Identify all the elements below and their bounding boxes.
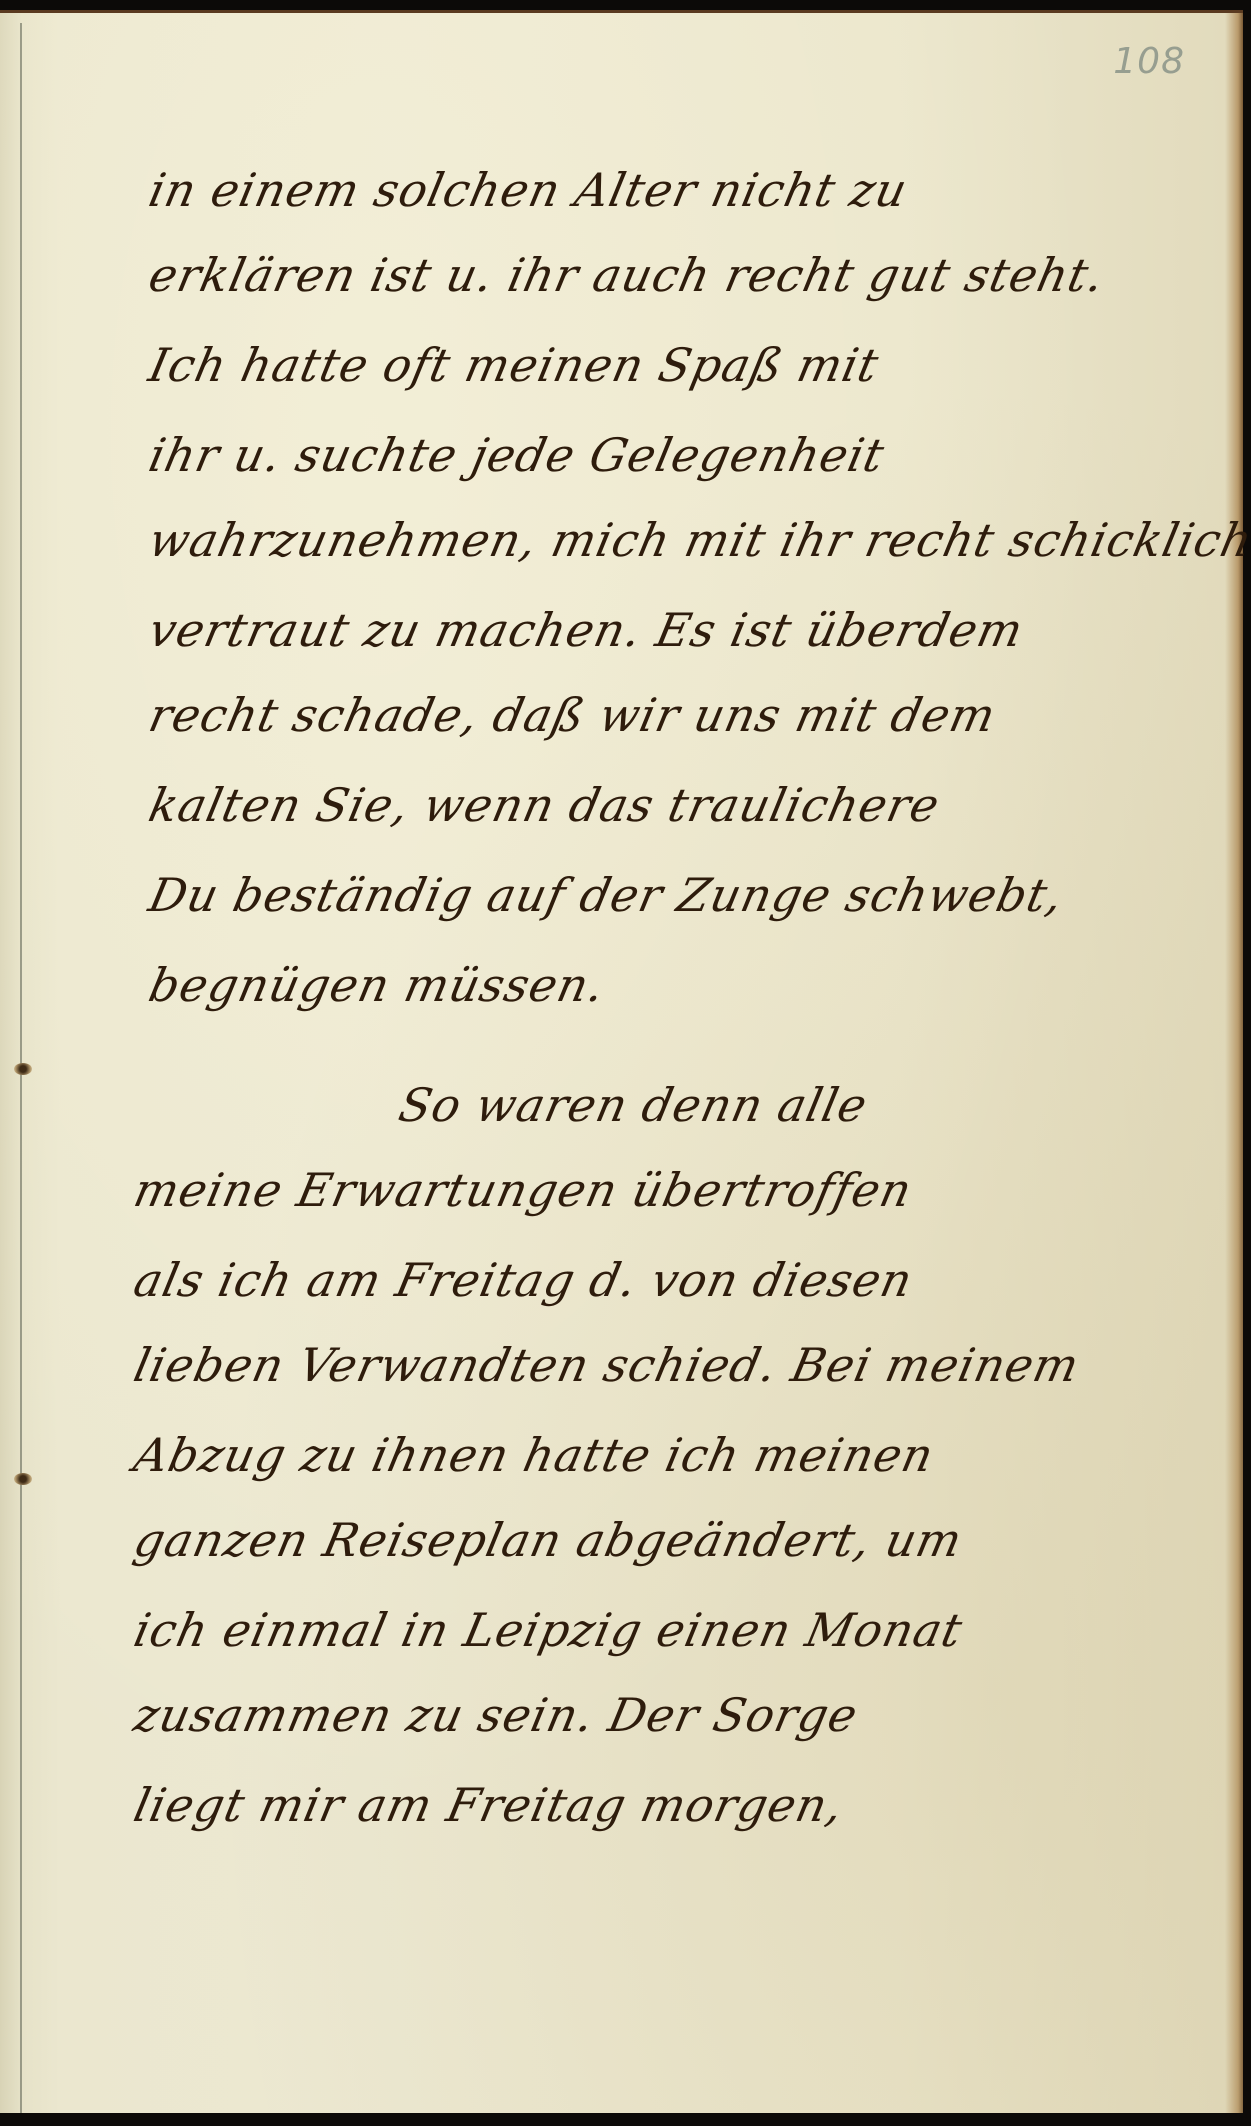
text-line: erklären ist u. ihr auch recht gut steht… (144, 248, 1109, 302)
text-line: kalten Sie, wenn das traulichere (144, 778, 944, 832)
text-line: begnügen müssen. (144, 958, 610, 1012)
text-line: ich einmal in Leipzig einen Monat (129, 1603, 967, 1657)
text-line: ganzen Reiseplan abgeändert, um (129, 1513, 967, 1567)
text-line: zusammen zu sein. Der Sorge (129, 1688, 863, 1742)
text-line: in einem solchen Alter nicht zu (144, 163, 912, 217)
sewing-hole (14, 1473, 32, 1485)
text-line-paragraph-start: So waren denn alle (394, 1078, 872, 1132)
text-line: vertraut zu machen. Es ist überdem (144, 603, 1028, 657)
text-line: ihr u. suchte jede Gelegenheit (144, 428, 889, 482)
text-line: meine Erwartungen übertroffen (129, 1163, 917, 1217)
text-line: lieben Verwandten schied. Bei meinem (129, 1338, 1084, 1392)
text-line: als ich am Freitag d. von diesen (129, 1253, 918, 1307)
folio-number: 108 (1113, 41, 1185, 82)
text-line: recht schade, daß wir uns mit dem (144, 688, 1001, 742)
text-line: wahrzunehmen, mich mit ihr recht schickl… (144, 513, 1251, 567)
text-line: Abzug zu ihnen hatte ich meinen (129, 1428, 939, 1482)
text-line: Du beständig auf der Zunge schwebt, (144, 868, 1068, 922)
text-line: Ich hatte oft meinen Spaß mit (144, 338, 884, 392)
manuscript-page: 108 in einem solchen Alter nicht zu erkl… (0, 10, 1243, 2113)
sewing-hole (14, 1063, 32, 1075)
text-line: liegt mir am Freitag morgen, (129, 1778, 848, 1832)
